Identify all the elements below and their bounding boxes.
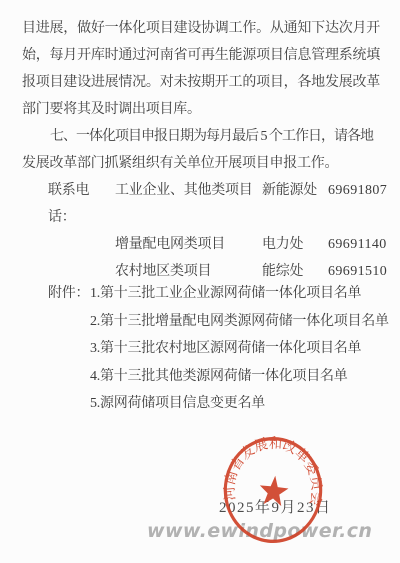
body-text: 目进展，做好一体化项目建设协调工作。从通知下达次月开 始，每月开库时通过河南省可… (22, 15, 380, 177)
attachment-item: 3.第十三批农村地区源网荷储一体化项目名单 (90, 335, 389, 363)
contact-label-spacer (48, 231, 115, 258)
contact-phone: 69691807 (328, 177, 387, 231)
contact-phone: 69691140 (328, 231, 387, 258)
body-line: 报项目建设进展情况。对未按期开工的项目，各地发展改革 (22, 69, 380, 96)
document-page: { "page": { "background": "#fcfcfc" }, "… (0, 0, 400, 563)
contact-division: 新能源处 (262, 177, 328, 231)
body-line: 始，每月开库时通过河南省可再生能源项目信息管理系统填 (22, 42, 380, 69)
body-line: 发展改革部门抓紧组织有关单位开展项目申报工作。 (22, 150, 380, 177)
attachment-item: 2.第十三批增量配电网类源网荷储一体化项目名单 (90, 308, 389, 336)
attachments-label: 附件： (48, 280, 90, 418)
contact-division: 电力处 (262, 231, 328, 258)
body-line: 部门要将其及时调出项目库。 (22, 96, 380, 123)
attachment-item: 1.第十三批工业企业源网荷储一体化项目名单 (90, 280, 389, 308)
contact-label: 联系电话： (48, 177, 115, 231)
contact-category: 工业企业、其他类项目 (115, 177, 262, 231)
attachments-section: 附件： 1.第十三批工业企业源网荷储一体化项目名单 2.第十三批增量配电网类源网… (48, 280, 389, 418)
attachment-item: 5.源网荷储项目信息变更名单 (90, 390, 389, 418)
contact-table: 联系电话： 工业企业、其他类项目 新能源处 69691807 增量配电网类项目 … (48, 177, 387, 285)
issue-date: 2025年9月23日 (219, 496, 332, 517)
attachment-item: 4.第十三批其他类源网荷储一体化项目名单 (90, 363, 389, 391)
attachments-list: 1.第十三批工业企业源网荷储一体化项目名单 2.第十三批增量配电网类源网荷储一体… (90, 280, 389, 418)
body-line: 目进展，做好一体化项目建设协调工作。从通知下达次月开 (22, 15, 380, 42)
contact-category: 增量配电网类项目 (115, 231, 262, 258)
body-line: 七、一体化项目申报日期为每月最后 5 个工作日，请各地 (22, 123, 380, 150)
watermark: www.ewindpower.cn (147, 520, 372, 542)
